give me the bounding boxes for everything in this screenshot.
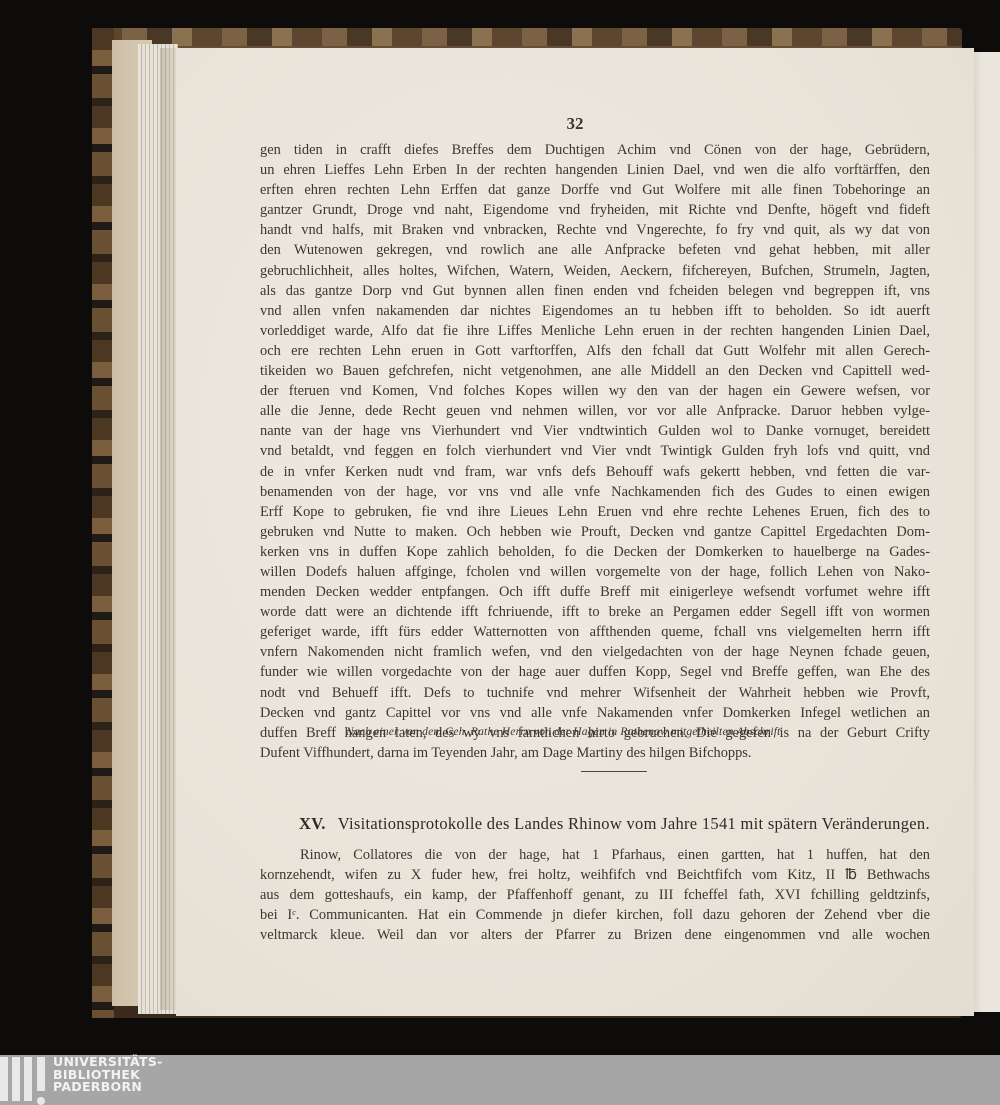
text-line: gantzer Grundt, Droge vnd naht, Eigendom… bbox=[260, 200, 930, 220]
text-line: aus dem gotteshaufs, ein kamp, der Pfaff… bbox=[260, 885, 930, 905]
book-page: 32 gen tiden in crafft diefes Breffes de… bbox=[176, 48, 974, 1016]
next-page-edge bbox=[972, 52, 1000, 1012]
text-line: kornzehendt, wifen zu X fuder hew, frei … bbox=[260, 865, 930, 885]
text-line: nodt vnd Behueff ifft. Defs to tuchnife … bbox=[260, 683, 930, 703]
text-line: veltmarck kleue. Weil dan vor alters der… bbox=[260, 925, 930, 945]
text-line: kerken vns in duffen Kope zahlich behold… bbox=[260, 542, 930, 562]
library-logo-icon bbox=[0, 1057, 45, 1101]
text-line: funder wie willen vorgedachte von der ha… bbox=[260, 662, 930, 682]
text-line: willen Dodefs haluen affginge, fcholen v… bbox=[260, 562, 930, 582]
logo-line-3: PADERBORN bbox=[53, 1081, 163, 1094]
library-logo-text: UNIVERSITÄTS- BIBLIOTHEK PADERBORN bbox=[53, 1056, 163, 1094]
text-line: geferiget warde, ifft fürs edder Wattern… bbox=[260, 622, 930, 642]
text-line: gebruken vnd Nutte to maken. Och hebben … bbox=[260, 522, 930, 542]
library-footer-bar: UNIVERSITÄTS- BIBLIOTHEK PADERBORN bbox=[0, 1055, 1000, 1105]
text-line: Erff Kope to gebruken, fie vnd ihre Lieu… bbox=[260, 502, 930, 522]
text-line: den Wutenowen gekregen, vnd rowlich ane … bbox=[260, 240, 930, 260]
text-line: alle die Jenne, dede Recht geuen vnd neh… bbox=[260, 401, 930, 421]
section-divider bbox=[581, 771, 647, 772]
section-number: XV. bbox=[299, 814, 326, 833]
text-line: als das gantze Dorp vnd Gut bynnen allen… bbox=[260, 281, 930, 301]
section-heading: XV.Visitationsprotokolle des Landes Rhin… bbox=[299, 814, 939, 834]
text-line: vnd betaldt, vnd feggen en folch vierhun… bbox=[260, 441, 930, 461]
section-body: Rinow, Collatores die von der hage, hat … bbox=[260, 845, 930, 945]
book-scan: 32 gen tiden in crafft diefes Breffes de… bbox=[0, 0, 1000, 1055]
cover-marbled-top-edge bbox=[92, 28, 962, 46]
text-line: vnd allen vnfen nakamenden dar nichtes E… bbox=[260, 301, 930, 321]
text-line: och ere rechten Lehn eruen in Gott varft… bbox=[260, 341, 930, 361]
text-line: tikeiden wo Bauen gefchrefen, nicht vetg… bbox=[260, 361, 930, 381]
text-line: Decken vnd gantz Capittel vor vns vnd al… bbox=[260, 703, 930, 723]
text-line: gen tiden in crafft diefes Breffes dem D… bbox=[260, 140, 930, 160]
text-line: menden Decken wedder entpfangen. Och iff… bbox=[260, 582, 930, 602]
text-line: erften ehren rechten Lehn Erffen dat gan… bbox=[260, 180, 930, 200]
text-line: vorleddiget warde, Alfo dat fie ihre Lif… bbox=[260, 321, 930, 341]
text-line: vnfern Nakomenden nicht framlich wefen, … bbox=[260, 642, 930, 662]
text-line: der fteruen vnd Komen, Vnd folches Kopes… bbox=[260, 381, 930, 401]
text-line: Rinow, Collatores die von der hage, hat … bbox=[260, 845, 930, 865]
text-line: handt vnd halfs, mit Braken vnd vnbracke… bbox=[260, 220, 930, 240]
text-line: de in vnfer Kerken nudt vnd fram, war vn… bbox=[260, 462, 930, 482]
text-line: Dufent Viffhundert, darna im Teyenden Ja… bbox=[260, 743, 930, 763]
text-line: benamenden von der hage, vor vns vnd all… bbox=[260, 482, 930, 502]
text-line: nante van der hage vns Vierhundert vnd V… bbox=[260, 421, 930, 441]
page-number: 32 bbox=[176, 114, 974, 134]
text-line: bei Iᶜ. Communicanten. Hat ein Commende … bbox=[260, 905, 930, 925]
section-title: Visitationsprotokolle des Landes Rhinow … bbox=[338, 814, 930, 833]
cover-marbled-spine-edge bbox=[92, 28, 114, 1018]
document-body: gen tiden in crafft diefes Breffes dem D… bbox=[260, 140, 930, 763]
source-note: Nach einer von dem Geh. Rathe Herrn von … bbox=[346, 726, 784, 738]
text-line: worde datt were an dichtende ifft fchriu… bbox=[260, 602, 930, 622]
text-line: gebruchlichheit, alles holtes, Wifchen, … bbox=[260, 261, 930, 281]
text-line: un ehren Lieffes Lehn Erben In der recht… bbox=[260, 160, 930, 180]
